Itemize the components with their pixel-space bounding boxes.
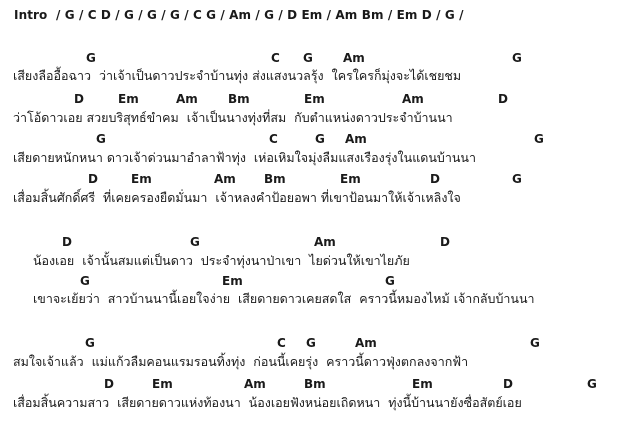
- chord-label: Bm: [304, 377, 326, 391]
- lyric-line: เสื่อมสิ้นความสาว เสียดายดาวแห่งท้องนา น…: [13, 395, 522, 411]
- lyric-line: เสื่อมสิ้นศักดิ์ศรี ที่เคยครองยืดมั่นมา …: [13, 190, 461, 206]
- chord-label: G: [303, 51, 313, 65]
- lyric-line: ว่าโอ้ดาวเอย สวยบริสุทธ์ขำคม เจ้าเป็นนาง…: [13, 110, 453, 126]
- chord-label: D: [440, 235, 450, 249]
- chord-label: Em: [222, 274, 243, 288]
- chord-label: Bm: [264, 172, 286, 186]
- lyric-line: เขาจะเย้ยว่า สาวบ้านนานี้เอยใจง่าย เสียด…: [33, 291, 535, 307]
- chord-label: G: [512, 51, 522, 65]
- chord-label: G: [190, 235, 200, 249]
- chord-label: G: [80, 274, 90, 288]
- lyric-line: สมใจเจ้าแล้ว แม่แก้วลืมคอนแรมรอนทิ้งทุ่ง…: [13, 354, 468, 370]
- chord-label: D: [62, 235, 72, 249]
- chord-label: Em: [118, 92, 139, 106]
- chord-label: D: [74, 92, 84, 106]
- chord-label: C: [271, 51, 280, 65]
- intro-chord-progression: Intro / G / C D / G / G / G / C G / Am /…: [14, 8, 464, 22]
- chord-label: Em: [131, 172, 152, 186]
- chord-label: Em: [412, 377, 433, 391]
- chord-label: D: [88, 172, 98, 186]
- chord-label: D: [430, 172, 440, 186]
- chord-label: Am: [314, 235, 336, 249]
- chord-label: C: [277, 336, 286, 350]
- lyric-line: เสียดายหนักหนา ดาวเจ้าด่วนมาอำลาฟ้าทุ่ง …: [13, 150, 476, 166]
- chord-label: G: [385, 274, 395, 288]
- chord-label: Em: [340, 172, 361, 186]
- chord-label: G: [587, 377, 597, 391]
- chord-label: G: [96, 132, 106, 146]
- chord-label: C: [269, 132, 278, 146]
- chord-label: G: [534, 132, 544, 146]
- chord-label: G: [86, 51, 96, 65]
- chord-label: Am: [176, 92, 198, 106]
- chord-label: G: [315, 132, 325, 146]
- chord-label: Am: [402, 92, 424, 106]
- chord-label: D: [498, 92, 508, 106]
- chord-label: Am: [244, 377, 266, 391]
- chord-label: Am: [345, 132, 367, 146]
- chord-label: G: [530, 336, 540, 350]
- chord-label: Am: [355, 336, 377, 350]
- lyric-line: น้องเอย เจ้านั้นสมแต่เป็นดาว ประจำทุ่งนา…: [33, 253, 410, 269]
- chord-label: G: [306, 336, 316, 350]
- chord-label: G: [512, 172, 522, 186]
- chord-label: Bm: [228, 92, 250, 106]
- chord-label: D: [503, 377, 513, 391]
- chord-label: Am: [343, 51, 365, 65]
- lyric-line: เสียงลืออื้อฉาว ว่าเจ้าเป็นดาวประจำบ้านท…: [13, 68, 461, 84]
- chord-label: D: [104, 377, 114, 391]
- chord-label: G: [85, 336, 95, 350]
- chord-label: Em: [304, 92, 325, 106]
- chord-label: Em: [152, 377, 173, 391]
- chord-label: Am: [214, 172, 236, 186]
